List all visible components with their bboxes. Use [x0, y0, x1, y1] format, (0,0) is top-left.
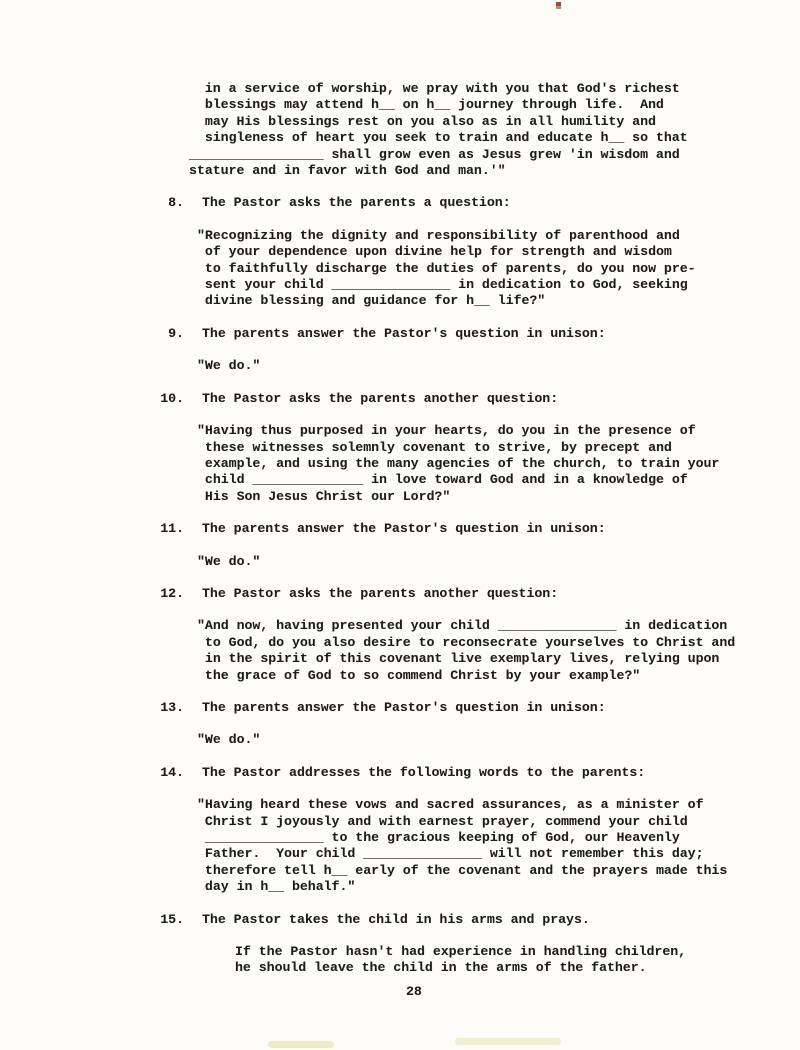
item-number: 12. — [148, 586, 184, 602]
list-item: 11.The parents answer the Pastor's quest… — [0, 521, 800, 570]
item-number: 11. — [148, 521, 184, 537]
list-item: 9.The parents answer the Pastor's questi… — [0, 326, 800, 375]
item-heading: The parents answer the Pastor's question… — [202, 521, 606, 536]
item-number: 8. — [148, 195, 184, 211]
item-number: 15. — [148, 912, 184, 928]
list-item: 15.The Pastor takes the child in his arm… — [0, 912, 800, 977]
page-number: 28 — [406, 984, 422, 1000]
item-heading-row: 12.The Pastor asks the parents another q… — [202, 586, 800, 602]
continuation-paragraph: in a service of worship, we pray with yo… — [189, 81, 800, 179]
item-body: "We do." — [197, 554, 800, 570]
item-heading-row: 15.The Pastor takes the child in his arm… — [202, 912, 800, 928]
item-heading: The Pastor addresses the following words… — [202, 765, 645, 780]
item-number: 10. — [148, 391, 184, 407]
item-heading: The Pastor asks the parents another ques… — [202, 391, 558, 406]
item-body: "And now, having presented your child __… — [197, 618, 800, 684]
item-body: "We do." — [197, 358, 800, 374]
item-heading-row: 13.The parents answer the Pastor's quest… — [202, 700, 800, 716]
list-item: 14.The Pastor addresses the following wo… — [0, 765, 800, 896]
item-number: 9. — [148, 326, 184, 342]
item-body: "We do." — [197, 732, 800, 748]
item-body: "Having thus purposed in your hearts, do… — [197, 423, 800, 505]
item-number: 14. — [148, 765, 184, 781]
scan-smudge — [455, 1038, 561, 1045]
document-page: in a service of worship, we pray with yo… — [0, 0, 800, 1050]
list-item: 12.The Pastor asks the parents another q… — [0, 586, 800, 684]
list-item: 13.The parents answer the Pastor's quest… — [0, 700, 800, 749]
item-heading-row: 8.The Pastor asks the parents a question… — [202, 195, 800, 211]
red-ink-speck — [556, 2, 561, 9]
item-heading-row: 10.The Pastor asks the parents another q… — [202, 391, 800, 407]
item-heading-row: 14.The Pastor addresses the following wo… — [202, 765, 800, 781]
item-heading-row: 11.The parents answer the Pastor's quest… — [202, 521, 800, 537]
item-body: If the Pastor hasn't had experience in h… — [235, 944, 800, 977]
item-body: "Having heard these vows and sacred assu… — [197, 797, 800, 895]
item-number: 13. — [148, 700, 184, 716]
item-heading: The parents answer the Pastor's question… — [202, 326, 606, 341]
item-body: "Recognizing the dignity and responsibil… — [197, 228, 800, 310]
item-heading: The parents answer the Pastor's question… — [202, 700, 606, 715]
list-item: 8.The Pastor asks the parents a question… — [0, 195, 800, 309]
document-body: in a service of worship, we pray with yo… — [0, 81, 800, 993]
numbered-items: 8.The Pastor asks the parents a question… — [0, 195, 800, 976]
scan-smudge — [268, 1041, 334, 1048]
list-item: 10.The Pastor asks the parents another q… — [0, 391, 800, 505]
item-heading-row: 9.The parents answer the Pastor's questi… — [202, 326, 800, 342]
item-heading: The Pastor asks the parents another ques… — [202, 586, 558, 601]
item-heading: The Pastor takes the child in his arms a… — [202, 912, 590, 927]
item-heading: The Pastor asks the parents a question: — [202, 195, 511, 210]
